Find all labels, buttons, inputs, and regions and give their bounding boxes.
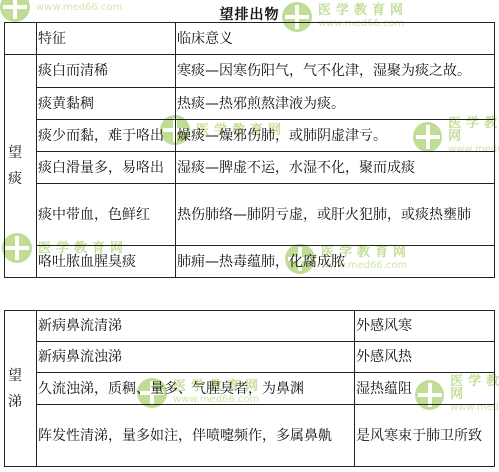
meaning-cell: 湿痰—脾虚不运，水湿不化，聚而成痰 (176, 152, 495, 184)
feature-cell: 痰少而黏，难于咯出 (37, 120, 176, 152)
feature-cell: 阵发性清涕，量多如注，伴喷嚏频作，多属鼻鼽 (37, 405, 355, 467)
table-header-row: 特征 临床意义 (5, 23, 495, 55)
meaning-cell: 燥痰—燥邪伤肺，或肺阴虚津亏。 (176, 120, 495, 152)
group-label-sputum: 望痰 (5, 55, 37, 278)
feature-cell: 痰中带血，色鲜红 (37, 184, 176, 246)
nasal-discharge-table: 望涕 新病鼻流清涕 外感风寒 新病鼻流浊涕 外感风热 久流浊涕，质稠、量多、气腥… (4, 310, 495, 467)
meaning-cell: 外感风热 (355, 342, 495, 373)
feature-cell: 新病鼻流浊涕 (37, 342, 355, 373)
table-row: 新病鼻流浊涕 外感风热 (5, 342, 495, 373)
table-row: 痰中带血，色鲜红 热伤肺络—肺阴亏虚，或肝火犯肺，或痰热壅肺 (5, 184, 495, 246)
table-row: 咯吐脓血腥臭痰 肺痈—热毒蕴肺，化腐成脓 (5, 246, 495, 278)
table-row: 久流浊涕，质稠、量多、气腥臭者，为鼻渊 湿热蕴阻 (5, 373, 495, 405)
meaning-cell: 寒痰—因寒伤阳气，气不化津，湿聚为痰之故。 (176, 55, 495, 88)
feature-cell: 新病鼻流清涕 (37, 311, 355, 342)
meaning-cell: 热伤肺络—肺阴亏虚，或肝火犯肺，或痰热壅肺 (176, 184, 495, 246)
meaning-cell: 是风寒束于肺卫所致 (355, 405, 495, 467)
table-row: 望痰 痰白而清稀 寒痰—因寒伤阳气，气不化津，湿聚为痰之故。 (5, 55, 495, 88)
table-row: 望涕 新病鼻流清涕 外感风寒 (5, 311, 495, 342)
table-row: 痰少而黏，难于咯出 燥痰—燥邪伤肺，或肺阴虚津亏。 (5, 120, 495, 152)
table-row: 痰黄黏稠 热痰—热邪煎熬津液为痰。 (5, 88, 495, 120)
table-row: 阵发性清涕，量多如注，伴喷嚏频作，多属鼻鼽 是风寒束于肺卫所致 (5, 405, 495, 467)
feature-cell: 痰白滑量多，易咯出 (37, 152, 176, 184)
table-row: 痰白滑量多，易咯出 湿痰—脾虚不运，水湿不化，聚而成痰 (5, 152, 495, 184)
meaning-cell: 热痰—热邪煎熬津液为痰。 (176, 88, 495, 120)
feature-cell: 痰黄黏稠 (37, 88, 176, 120)
meaning-cell: 湿热蕴阻 (355, 373, 495, 405)
meaning-cell: 肺痈—热毒蕴肺，化腐成脓 (176, 246, 495, 278)
sputum-table: 特征 临床意义 望痰 痰白而清稀 寒痰—因寒伤阳气，气不化津，湿聚为痰之故。 痰… (4, 22, 495, 278)
header-cell-empty (5, 23, 37, 55)
header-cell-feature: 特征 (37, 23, 176, 55)
feature-cell: 久流浊涕，质稠、量多、气腥臭者，为鼻渊 (37, 373, 355, 405)
meaning-cell: 外感风寒 (355, 311, 495, 342)
header-cell-meaning: 临床意义 (176, 23, 495, 55)
page-title: 望排出物 (0, 4, 499, 24)
group-label-nasal: 望涕 (5, 311, 37, 467)
feature-cell: 咯吐脓血腥臭痰 (37, 246, 176, 278)
feature-cell: 痰白而清稀 (37, 55, 176, 88)
